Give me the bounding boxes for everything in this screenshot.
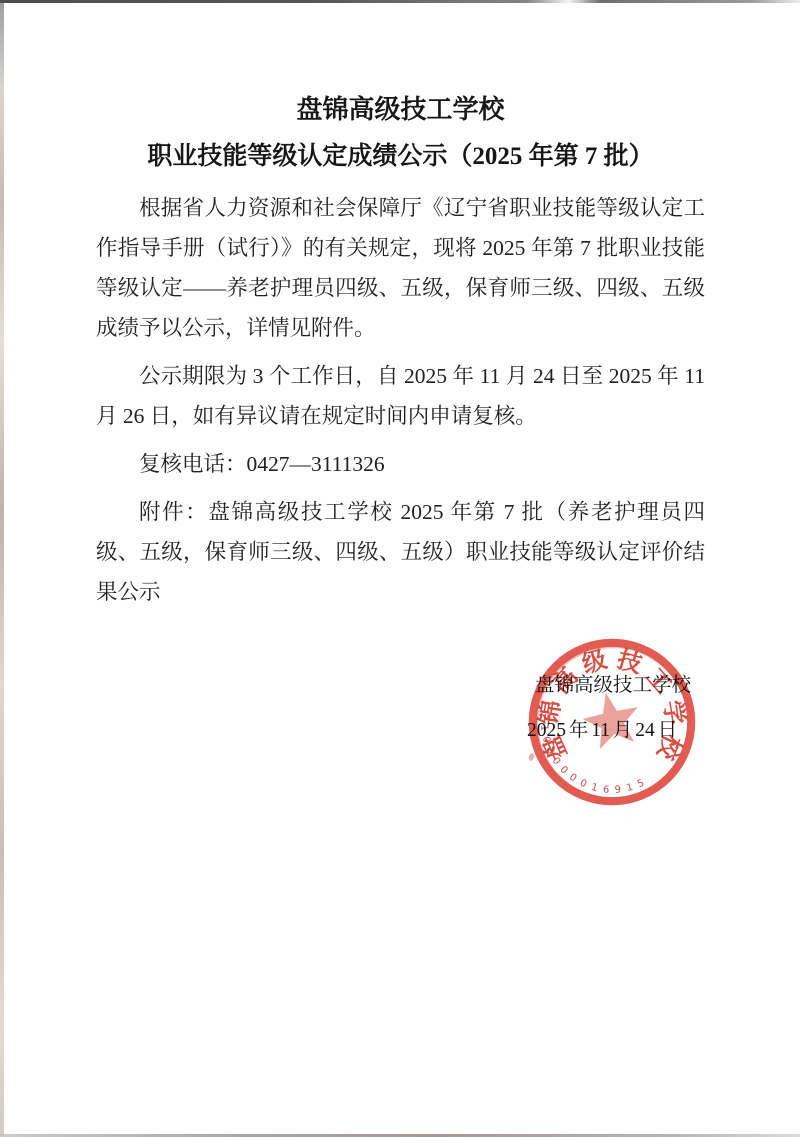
svg-text:1: 1 — [590, 782, 599, 794]
svg-text:学: 学 — [658, 698, 690, 727]
svg-text:级: 级 — [579, 644, 611, 679]
svg-text:0: 0 — [567, 772, 578, 785]
seal-star-icon — [582, 693, 637, 749]
scanned-document-page: 盘锦高级技工学校 职业技能等级认定成绩公示（2025 年第 7 批） 根据省人力… — [0, 0, 800, 1137]
doc-title-line1: 盘锦高级技工学校 — [96, 95, 705, 125]
paragraph-review-phone: 复核电话：0427—3111326 — [96, 444, 705, 484]
paragraph-publicity-period: 公示期限为 3 个工作日，自 2025 年 11 月 24 日至 2025 年 … — [96, 356, 705, 436]
svg-text:0: 0 — [558, 764, 570, 776]
doc-title-line2: 职业技能等级认定成绩公示（2025 年第 7 批） — [96, 142, 705, 172]
svg-text:技: 技 — [614, 644, 646, 679]
svg-text:1: 1 — [538, 724, 550, 731]
svg-text:5: 5 — [636, 778, 646, 791]
paragraph-attachment: 附件：盘锦高级技工学校 2025 年第 7 批（养老护理员四级、五级，保育师三级… — [96, 492, 705, 612]
document-body: 盘锦高级技工学校 职业技能等级认定成绩公示（2025 年第 7 批） 根据省人力… — [0, 0, 800, 612]
svg-text:1: 1 — [625, 782, 634, 794]
svg-text:0: 0 — [578, 778, 588, 791]
paragraph-basis: 根据省人力资源和社会保障厅《辽宁省职业技能等级认定工作指导手册（试行）》的有关规… — [96, 188, 705, 348]
official-red-seal: 盘锦高级技工学校 2103000016915 — [522, 632, 702, 812]
svg-text:2: 2 — [538, 712, 550, 719]
svg-text:9: 9 — [614, 784, 621, 796]
svg-text:6: 6 — [602, 784, 609, 796]
